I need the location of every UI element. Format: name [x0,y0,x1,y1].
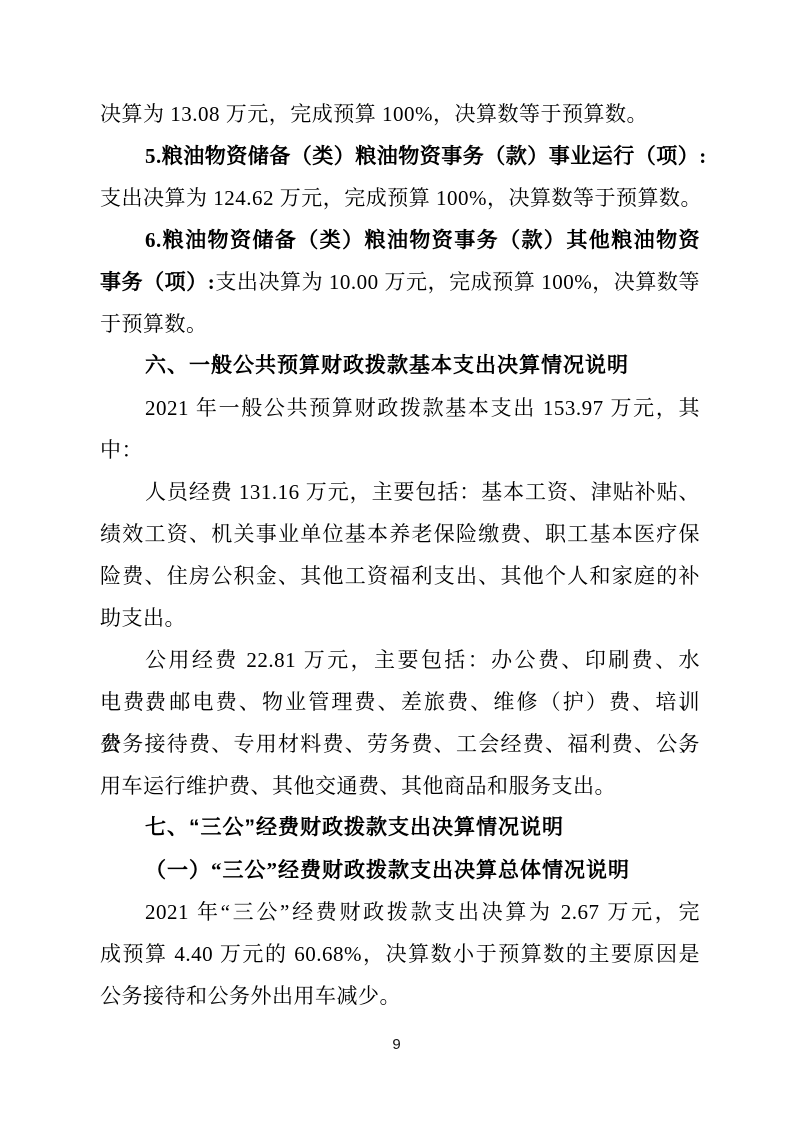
text-run: 公务接待费、专用材料费、劳务费、工会经费、福利费、公务 [100,732,700,756]
para-sangong-1: 2021 年“三公”经费财政拨款支出决算为 2.67 万元，完 [100,891,700,933]
text-run: 事务（项）: [100,270,215,294]
para-sangong-2: 成预算 4.40 万元的 60.68%，决算数小于预算数的主要原因是 [100,933,700,975]
text-run: 中： [100,438,143,462]
para-item6-lead: 6.粮油物资储备（类）粮油物资事务（款）其他粮油物资 [100,219,700,261]
text-run: 于预算数。 [100,312,208,336]
page-number: 9 [0,1036,793,1053]
text-run: 5.粮油物资储备（类）粮油物资事务（款）事业运行（项）: [145,144,707,168]
text-run: 2021 年一般公共预算财政拨款基本支出 153.97 万元，其 [145,396,700,420]
para-public-4: 用车运行维护费、其他交通费、其他商品和服务支出。 [100,765,700,807]
text-run: 六、一般公共预算财政拨款基本支出决算情况说明 [145,354,629,377]
para-item6-body: 事务（项）:支出决算为 10.00 万元，完成预算 100%，决算数等 [100,261,700,303]
text-run: 七、“三公”经费财政拨款支出决算情况说明 [145,816,564,839]
para-item6-body-end: 于预算数。 [100,303,700,345]
para-item5-lead: 5.粮油物资储备（类）粮油物资事务（款）事业运行（项）: [100,135,700,177]
text-run: 成预算 4.40 万元的 60.68%，决算数小于预算数的主要原因是 [100,942,700,966]
text-run: （一）“三公”经费财政拨款支出决算总体情况说明 [145,858,630,882]
section-heading-7: 七、“三公”经费财政拨款支出决算情况说明 [100,807,700,849]
para-personnel-2: 绩效工资、机关事业单位基本养老保险缴费、职工基本医疗保 [100,513,700,555]
text-run: 支出决算为 124.62 万元，完成预算 100%，决算数等于预算数。 [100,186,702,210]
para-sangong-3: 公务接待和公务外出用车减少。 [100,975,700,1017]
document-body: 决算为 13.08 万元，完成预算 100%，决算数等于预算数。5.粮油物资储备… [100,93,700,1017]
text-run: 绩效工资、机关事业单位基本养老保险缴费、职工基本医疗保 [100,522,700,546]
text-run: 2021 年“三公”经费财政拨款支出决算为 2.67 万元，完 [145,900,700,924]
para-public-3: 公务接待费、专用材料费、劳务费、工会经费、福利费、公务 [100,723,700,765]
para-public-1: 公用经费 22.81 万元，主要包括：办公费、印刷费、水费、 [100,639,700,681]
para-personnel-4: 助支出。 [100,597,700,639]
para-personnel-3: 险费、住房公积金、其他工资福利支出、其他个人和家庭的补 [100,555,700,597]
text-run: 决算为 13.08 万元，完成预算 100%，决算数等于预算数。 [100,102,648,126]
para-item4-continuation: 决算为 13.08 万元，完成预算 100%，决算数等于预算数。 [100,93,700,135]
para-item5-body: 支出决算为 124.62 万元，完成预算 100%，决算数等于预算数。 [100,177,700,219]
text-run: 助支出。 [100,606,186,630]
document-page: 决算为 13.08 万元，完成预算 100%，决算数等于预算数。5.粮油物资储备… [0,0,793,1122]
para-personnel-1: 人员经费 131.16 万元，主要包括：基本工资、津贴补贴、 [100,471,700,513]
section-heading-6: 六、一般公共预算财政拨款基本支出决算情况说明 [100,345,700,387]
para-basic-expense-end: 中： [100,429,700,471]
text-run: 公务接待和公务外出用车减少。 [100,984,401,1008]
text-run: 用车运行维护费、其他交通费、其他商品和服务支出。 [100,774,616,798]
subsection-heading-7-1: （一）“三公”经费财政拨款支出决算总体情况说明 [100,849,700,891]
text-run: 人员经费 131.16 万元，主要包括：基本工资、津贴补贴、 [145,480,700,504]
para-basic-expense: 2021 年一般公共预算财政拨款基本支出 153.97 万元，其 [100,387,700,429]
text-run: 支出决算为 10.00 万元，完成预算 100%，决算数等 [215,270,700,294]
text-run: 6.粮油物资储备（类）粮油物资事务（款）其他粮油物资 [145,228,700,252]
text-run: 险费、住房公积金、其他工资福利支出、其他个人和家庭的补 [100,564,700,588]
para-public-2: 电费、邮电费、物业管理费、差旅费、维修（护）费、培训费、 [100,681,700,723]
